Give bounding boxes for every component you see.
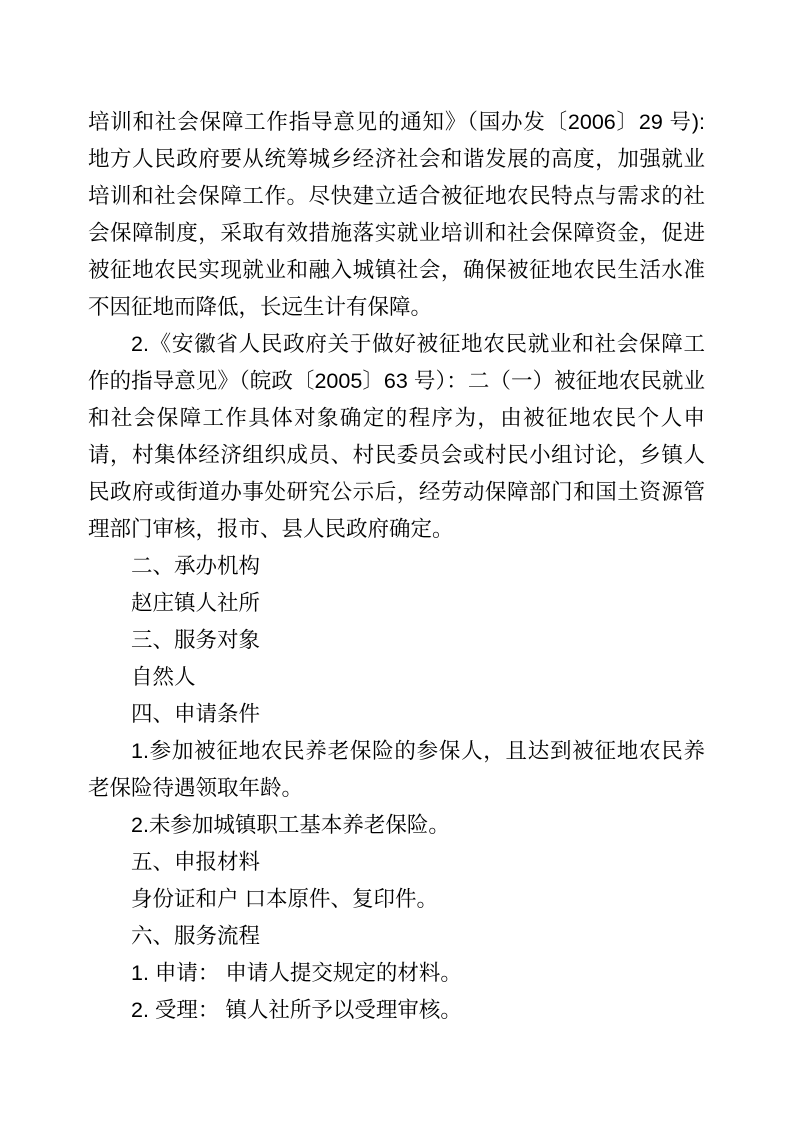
section-heading-6-service-process: 六、服务流程 <box>88 918 705 955</box>
process-step-1: 1. 申请： 申请人提交规定的材料。 <box>88 955 705 992</box>
condition-item-2: 2.未参加城镇职工基本养老保险。 <box>88 807 705 844</box>
section-heading-4-application-conditions: 四、申请条件 <box>88 696 705 733</box>
service-target-value: 自然人 <box>88 659 705 696</box>
document-body: 培训和社会保障工作指导意见的通知》（国办发〔2006〕29 号):地方人民政府要… <box>88 104 705 1029</box>
body-paragraph-national-policy: 培训和社会保障工作指导意见的通知》（国办发〔2006〕29 号):地方人民政府要… <box>88 104 705 326</box>
condition-item-1: 1.参加被征地农民养老保险的参保人，且达到被征地农民养老保险待遇领取年龄。 <box>88 733 705 807</box>
process-step-2: 2. 受理： 镇人社所予以受理审核。 <box>88 992 705 1029</box>
section-heading-3-service-target: 三、服务对象 <box>88 622 705 659</box>
materials-item: 身份证和户 口本原件、复印件。 <box>88 881 705 918</box>
agency-name: 赵庄镇人社所 <box>88 585 705 622</box>
document-page: 培训和社会保障工作指导意见的通知》（国办发〔2006〕29 号):地方人民政府要… <box>0 0 793 1122</box>
section-heading-2-agency: 二、承办机构 <box>88 548 705 585</box>
body-paragraph-provincial-policy: 2.《安徽省人民政府关于做好被征地农民就业和社会保障工作的指导意见》（皖政〔20… <box>88 326 705 548</box>
section-heading-5-application-materials: 五、申报材料 <box>88 844 705 881</box>
